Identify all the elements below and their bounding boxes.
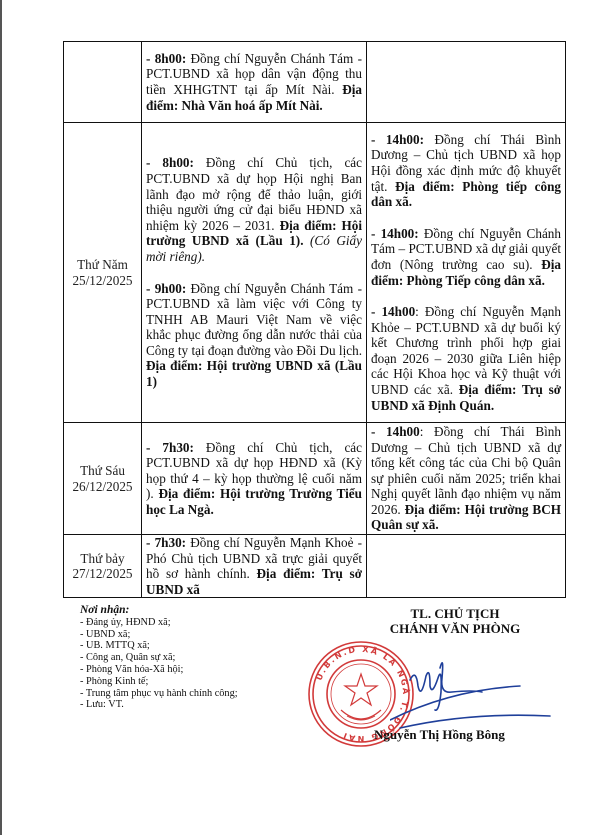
morning-cell: - 8h00: Đồng chí Chủ tịch, các PCT.UBND … — [142, 123, 367, 423]
item-place: Địa điểm: Hội trường UBND xã (Lầu 1) — [146, 358, 362, 389]
schedule-item: - 8h00: Đồng chí Nguyễn Chánh Tám - PCT.… — [146, 51, 362, 113]
schedule-item: - 7h30: Đồng chí Chủ tịch, các PCT.UBND … — [146, 440, 362, 518]
schedule-row: - 8h00: Đồng chí Nguyễn Chánh Tám - PCT.… — [64, 42, 566, 123]
afternoon-cell — [367, 42, 566, 123]
recipient-item: - UBND xã; — [80, 629, 238, 641]
item-time: - 8h00: — [146, 51, 186, 66]
item-place: Địa điểm: Hội trường Trường Tiểu học La … — [146, 486, 362, 517]
day-date: 27/12/2025 — [68, 566, 137, 582]
recipient-item: - Lưu: VT. — [80, 699, 238, 711]
item-time: - 7h30: — [146, 440, 194, 455]
schedule-item: - 14h00: Đồng chí Thái Bình Dương – Chủ … — [371, 132, 561, 210]
day-cell — [64, 42, 142, 123]
schedule-row: Thứ Sáu26/12/2025- 7h30: Đồng chí Chủ tị… — [64, 423, 566, 535]
recipient-item: - Phòng Văn hóa-Xã hội; — [80, 664, 238, 676]
schedule-row: Thứ Năm25/12/2025- 8h00: Đồng chí Chủ tị… — [64, 123, 566, 423]
recipient-item: - Công an, Quân sự xã; — [80, 652, 238, 664]
day-date: 26/12/2025 — [68, 479, 137, 495]
signature-block: TL. CHỦ TỊCH CHÁNH VĂN PHÒNG — [330, 606, 580, 636]
recipients-block: Nơi nhận: - Đảng ủy, HĐND xã;- UBND xã;-… — [80, 605, 238, 711]
signature-title-2: CHÁNH VĂN PHÒNG — [330, 621, 580, 636]
afternoon-cell: - 14h00: Đồng chí Thái Bình Dương – Chủ … — [367, 423, 566, 535]
handwritten-signature-icon — [390, 650, 560, 730]
recipients-title: Nơi nhận: — [80, 605, 238, 617]
item-time: - 9h00: — [146, 281, 186, 296]
item-time: - 14h00: — [371, 132, 424, 147]
recipient-item: - Trung tâm phục vụ hành chính công; — [80, 688, 238, 700]
schedule-item: - 7h30: Đồng chí Nguyễn Mạnh Khoẻ - Phó … — [146, 535, 362, 597]
schedule-table: - 8h00: Đồng chí Nguyễn Chánh Tám - PCT.… — [63, 41, 566, 598]
morning-cell: - 8h00: Đồng chí Nguyễn Chánh Tám - PCT.… — [142, 42, 367, 123]
signature-title-1: TL. CHỦ TỊCH — [330, 606, 580, 621]
schedule-item: - 14h00: Đồng chí Thái Bình Dương – Chủ … — [371, 424, 561, 533]
day-cell: Thứ bảy27/12/2025 — [64, 535, 142, 598]
day-name: Thứ Sáu — [68, 463, 137, 479]
morning-cell: - 7h30: Đồng chí Chủ tịch, các PCT.UBND … — [142, 423, 367, 535]
page-edge — [0, 0, 2, 835]
item-time: - 8h00: — [146, 155, 194, 170]
signer-name: Nguyễn Thị Hồng Bông — [374, 727, 505, 743]
recipient-item: - UB. MTTQ xã; — [80, 640, 238, 652]
schedule-item: - 9h00: Đồng chí Nguyễn Chánh Tám - PCT.… — [146, 281, 362, 390]
recipient-item: - Phòng Kinh tế; — [80, 676, 238, 688]
afternoon-cell: - 14h00: Đồng chí Thái Bình Dương – Chủ … — [367, 123, 566, 423]
schedule-item: - 14h00: Đồng chí Nguyễn Mạnh Khỏe – PCT… — [371, 304, 561, 413]
day-name: Thứ Năm — [68, 257, 137, 273]
item-time: - 14h00 — [371, 424, 420, 439]
recipient-item: - Đảng ủy, HĐND xã; — [80, 617, 238, 629]
day-cell: Thứ Sáu26/12/2025 — [64, 423, 142, 535]
item-time: - 14h00 — [371, 304, 415, 319]
day-name: Thứ bảy — [68, 551, 137, 567]
schedule-item: - 8h00: Đồng chí Chủ tịch, các PCT.UBND … — [146, 155, 362, 264]
item-place: Địa điểm: Phòng tiếp công dân xã. — [371, 179, 561, 210]
item-time: - 7h30: — [146, 535, 186, 550]
day-date: 25/12/2025 — [68, 273, 137, 289]
schedule-item: - 14h00: Đồng chí Nguyễn Chánh Tám – PCT… — [371, 226, 561, 288]
morning-cell: - 7h30: Đồng chí Nguyễn Mạnh Khoẻ - Phó … — [142, 535, 367, 598]
schedule-row: Thứ bảy27/12/2025- 7h30: Đồng chí Nguyễn… — [64, 535, 566, 598]
day-cell: Thứ Năm25/12/2025 — [64, 123, 142, 423]
afternoon-cell — [367, 535, 566, 598]
item-time: - 14h00: — [371, 226, 419, 241]
